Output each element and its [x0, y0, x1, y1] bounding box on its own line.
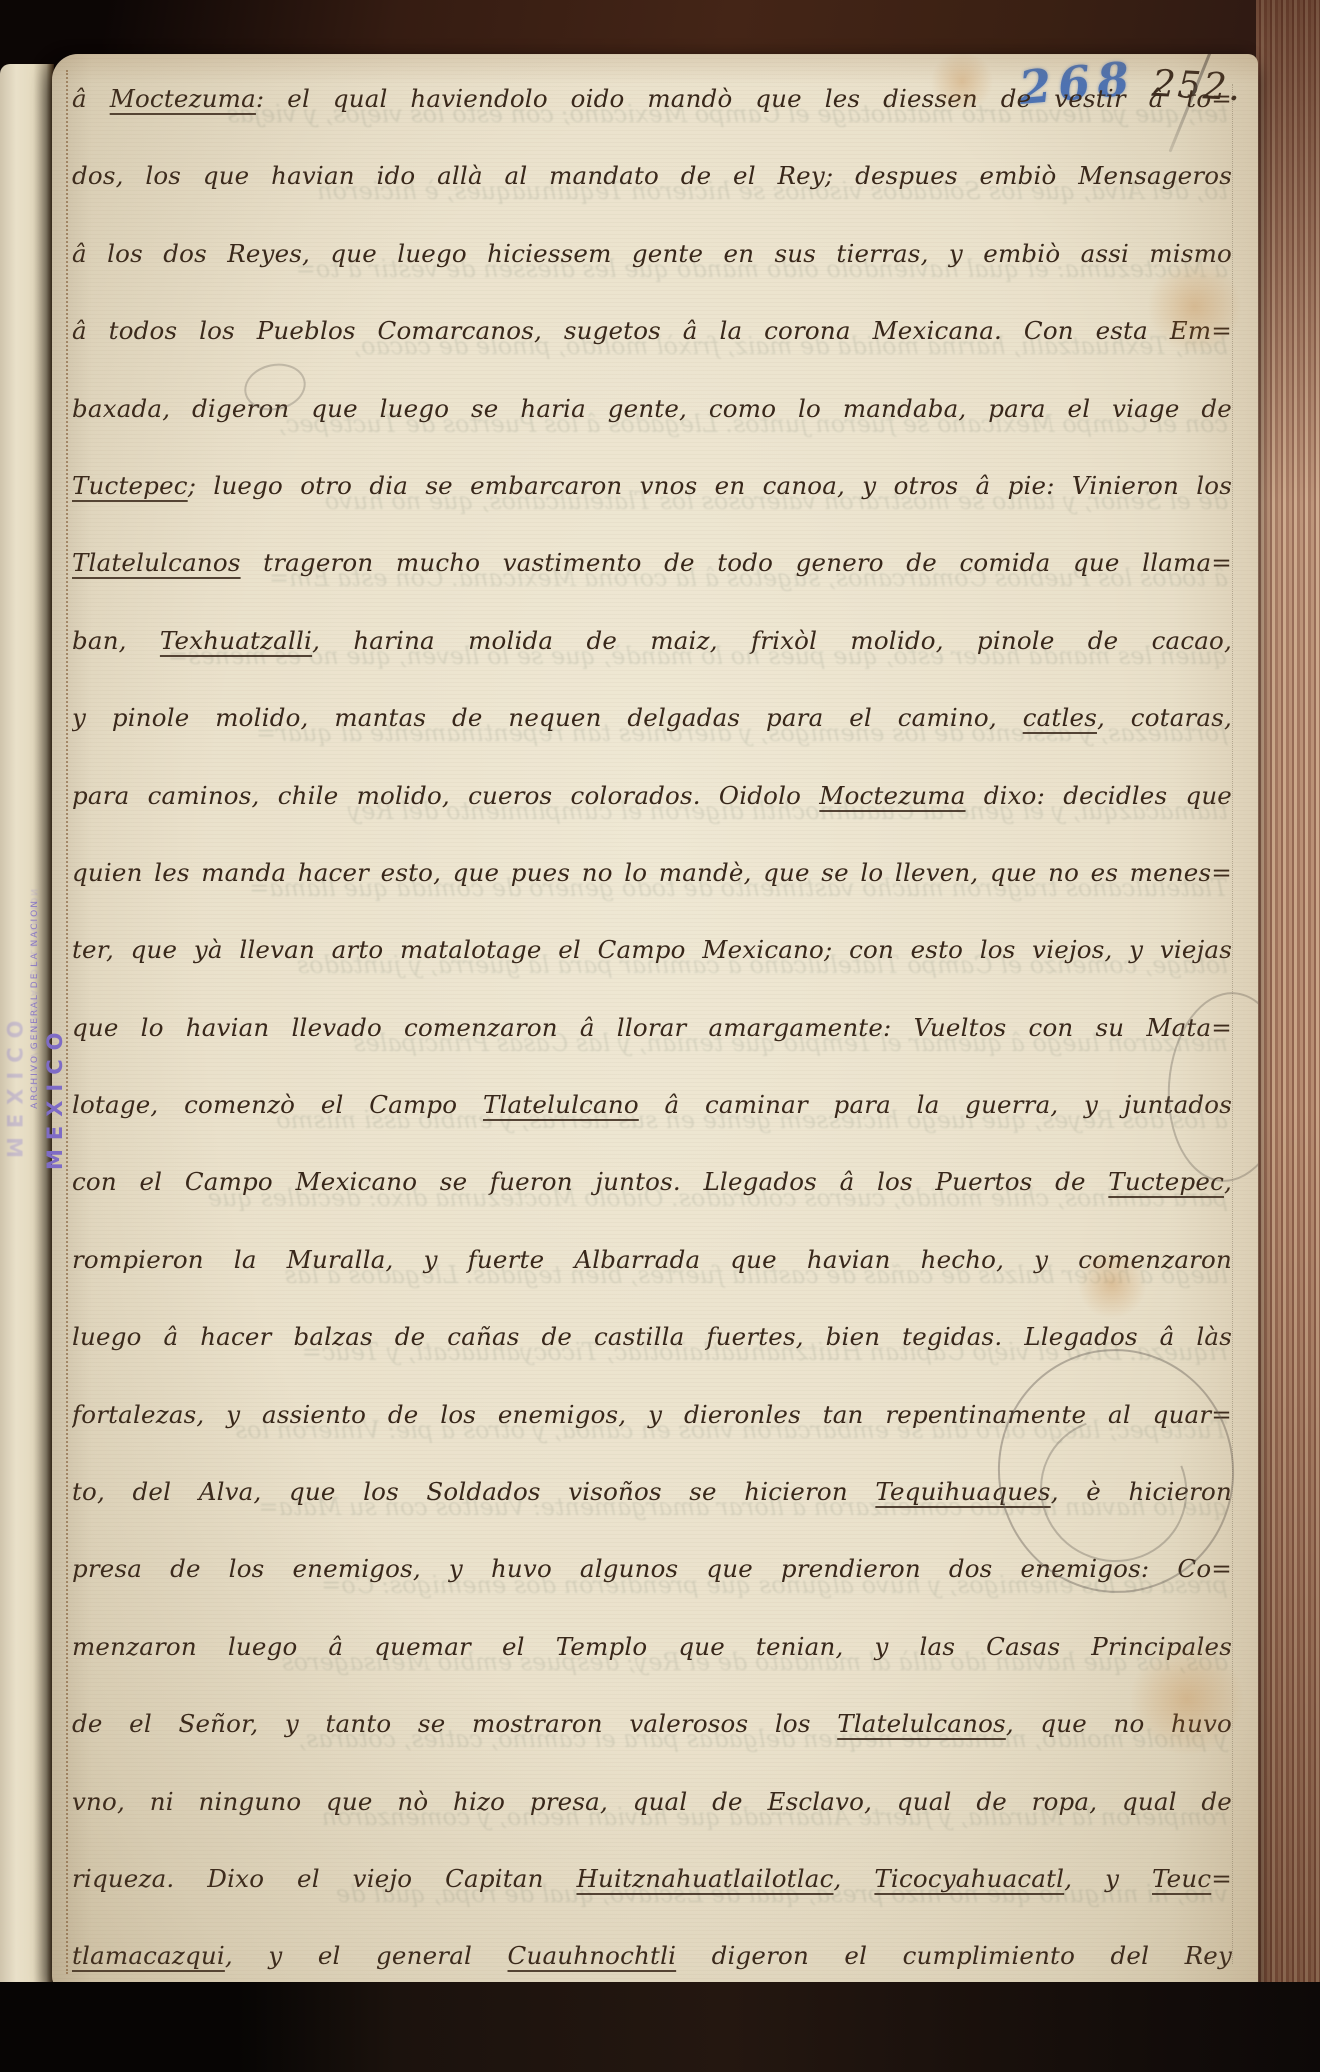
manuscript-text-segment: ban,: [72, 626, 160, 655]
manuscript-text-segment: luego â hacer balzas de cañas de castill…: [72, 1322, 1232, 1351]
underlined-word: Moctezuma: [819, 781, 965, 810]
manuscript-text-segment: ,: [1224, 1167, 1232, 1196]
manuscript-text-segment: , è hicieron: [1051, 1477, 1232, 1506]
manuscript-line: menzaron luego â quemar el Templo que te…: [72, 1608, 1232, 1685]
manuscript-line: Tuctepec; luego otro dia se embarcaron v…: [72, 447, 1232, 524]
manuscript-line: â Moctezuma: el qual haviendolo oido man…: [72, 60, 1232, 137]
manuscript-text-segment: trageron mucho vastimento de todo genero…: [241, 548, 1232, 577]
manuscript-line: fortalezas, y assiento de los enemigos, …: [72, 1376, 1232, 1453]
manuscript-line: que lo havian llevado comenzaron â llora…: [72, 989, 1232, 1066]
underlined-word: Tuctepec: [1108, 1167, 1224, 1196]
manuscript-text-segment: â caminar para la guerra, y juntados: [639, 1090, 1232, 1119]
manuscript-line: â todos los Pueblos Comarcanos, sugetos …: [72, 292, 1232, 369]
underlined-word: catles: [1023, 703, 1097, 732]
manuscript-text-segment: y pinole molido, mantas de nequen delgad…: [72, 703, 1023, 732]
manuscript-text-segment: fortalezas, y assiento de los enemigos, …: [72, 1400, 1232, 1429]
manuscript-text-segment: to, del Alva, que los Soldados visoños s…: [72, 1477, 875, 1506]
manuscript-line: rompieron la Muralla, y fuerte Albarrada…: [72, 1221, 1232, 1298]
manuscript-text-segment: baxada, digeron que luego se haria gente…: [72, 394, 1232, 423]
manuscript-text-segment: â todos los Pueblos Comarcanos, sugetos …: [72, 316, 1232, 345]
manuscript-text-segment: , que no huvo: [1006, 1709, 1232, 1738]
book-binding-bottom: [0, 1982, 1320, 2072]
manuscript-line: lotage, comenzò el Campo Tlatelulcano â …: [72, 1066, 1232, 1143]
manuscript-text-segment: vno, ni ninguno que nò hizo presa, qual …: [72, 1787, 1232, 1816]
manuscript-text-segment: â: [72, 84, 110, 113]
manuscript-line: quien les manda hacer esto, que pues no …: [72, 834, 1232, 911]
manuscript-line: para caminos, chile molido, cueros color…: [72, 757, 1232, 834]
manuscript-text-segment: para caminos, chile molido, cueros color…: [72, 781, 819, 810]
archive-stamp-mexico-text-mirror: MEXICO: [2, 826, 26, 1158]
underlined-word: Tlatelulcanos: [837, 1709, 1006, 1738]
manuscript-line: ter, que yà llevan arto matalotage el Ca…: [72, 911, 1232, 988]
underlined-word: Moctezuma: [110, 84, 256, 113]
manuscript-text-segment: ; luego otro dia se embarcaron vnos en c…: [188, 471, 1232, 500]
manuscript-line: baxada, digeron que luego se haria gente…: [72, 370, 1232, 447]
manuscript-line: de el Señor, y tanto se mostraron valero…: [72, 1685, 1232, 1762]
manuscript-text-segment: : el qual haviendolo oido mandò que les …: [256, 84, 1232, 113]
manuscript-text-segment: presa de los enemigos, y huvo algunos qu…: [72, 1554, 1232, 1583]
manuscript-scan: ter, que yà llevan arto matalotage el Ca…: [0, 0, 1320, 2072]
manuscript-text-segment: de el Señor, y tanto se mostraron valero…: [72, 1709, 837, 1738]
underlined-word: tlamacazqui: [72, 1941, 225, 1970]
manuscript-line: vno, ni ninguno que nò hizo presa, qual …: [72, 1763, 1232, 1840]
manuscript-line: con el Campo Mexicano se fueron juntos. …: [72, 1143, 1232, 1220]
manuscript-page: ter, que yà llevan arto matalotage el Ca…: [52, 54, 1258, 1994]
manuscript-text-segment: , harina molida de maiz, frixòl molido, …: [312, 626, 1232, 655]
underlined-word: Teuc: [1152, 1864, 1211, 1893]
underlined-word: Texhuatzalli: [160, 626, 312, 655]
manuscript-text-segment: menzaron luego â quemar el Templo que te…: [72, 1632, 1232, 1661]
manuscript-text-segment: lotage, comenzò el Campo: [72, 1090, 483, 1119]
manuscript-text-segment: dos, los que havian ido allà al mandato …: [72, 161, 1232, 190]
underlined-word: Huitznahuatlailotlac: [576, 1864, 833, 1893]
manuscript-text-segment: riqueza. Dixo el viejo Capitan: [72, 1864, 576, 1893]
manuscript-line: y pinole molido, mantas de nequen delgad…: [72, 679, 1232, 756]
manuscript-text-segment: rompieron la Muralla, y fuerte Albarrada…: [72, 1245, 1232, 1274]
manuscript-line: luego â hacer balzas de cañas de castill…: [72, 1298, 1232, 1375]
manuscript-line: Tlatelulcanos trageron mucho vastimento …: [72, 524, 1232, 601]
manuscript-line: riqueza. Dixo el viejo Capitan Huitznahu…: [72, 1840, 1232, 1917]
manuscript-text-segment: quien les manda hacer esto, que pues no …: [72, 858, 1232, 887]
underlined-word: Tequihuaques: [875, 1477, 1050, 1506]
manuscript-line: to, del Alva, que los Soldados visoños s…: [72, 1453, 1232, 1530]
archive-stamp-small-text: ARCHIVO GENERAL DE LA NACION: [30, 899, 40, 1109]
manuscript-text-segment: ,: [834, 1864, 875, 1893]
manuscript-text-segment: , y el general: [225, 1941, 508, 1970]
manuscript-text-segment: que lo havian llevado comenzaron â llora…: [72, 1013, 1232, 1042]
underlined-word: Tuctepec: [72, 471, 188, 500]
manuscript-text-segment: digeron el cumplimiento del Rey: [676, 1941, 1232, 1970]
page-fore-edge: [1256, 0, 1320, 2014]
margin-rule-right: [1232, 84, 1233, 1964]
manuscript-text-segment: =: [1211, 1864, 1232, 1893]
manuscript-line: presa de los enemigos, y huvo algunos qu…: [72, 1530, 1232, 1607]
manuscript-line: dos, los que havian ido allà al mandato …: [72, 137, 1232, 214]
underlined-word: Cuauhnochtli: [508, 1941, 677, 1970]
manuscript-line: ban, Texhuatzalli, harina molida de maiz…: [72, 602, 1232, 679]
manuscript-text-segment: , y: [1064, 1864, 1152, 1893]
manuscript-text-segment: dixo: decidles que: [966, 781, 1232, 810]
archive-stamp: ARCHIVO GENERAL DE LA NACION MEXICO: [30, 838, 67, 1170]
manuscript-text-segment: con el Campo Mexicano se fueron juntos. …: [72, 1167, 1108, 1196]
manuscript-text-segment: , cotaras,: [1097, 703, 1232, 732]
manuscript-text: â Moctezuma: el qual haviendolo oido man…: [72, 60, 1232, 1994]
manuscript-text-segment: â los dos Reyes, que luego hiciessem gen…: [72, 239, 1232, 268]
archive-stamp-mexico-text: MEXICO: [43, 838, 67, 1170]
underlined-word: Tlatelulcanos: [72, 548, 241, 577]
underlined-word: Tlatelulcano: [483, 1090, 639, 1119]
manuscript-text-segment: ter, que yà llevan arto matalotage el Ca…: [72, 935, 1232, 964]
manuscript-line: â los dos Reyes, que luego hiciessem gen…: [72, 215, 1232, 292]
underlined-word: Ticocyahuacatl: [874, 1864, 1064, 1893]
